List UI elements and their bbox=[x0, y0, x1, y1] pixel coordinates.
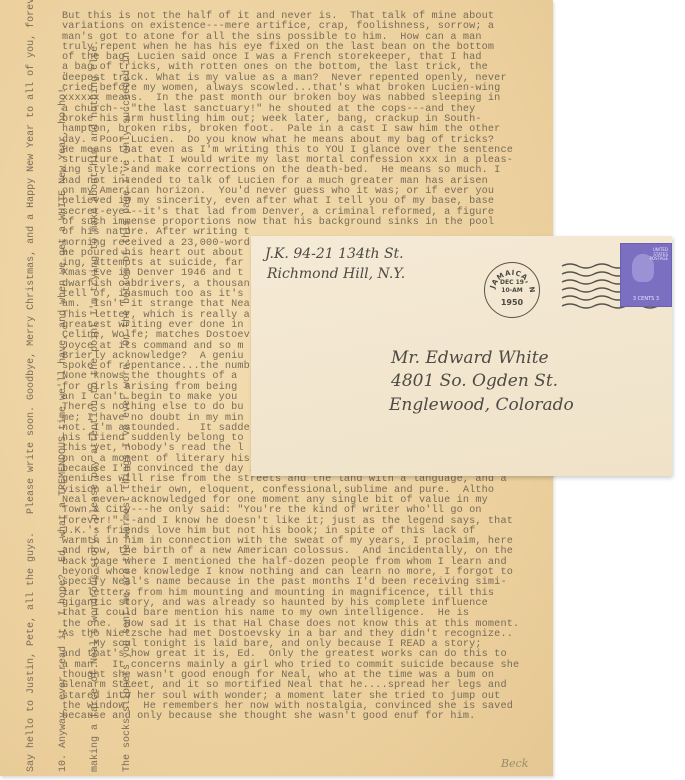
letter-line: Town & City---he only said: "You're the … bbox=[62, 506, 548, 516]
return-address-line-1: J.K. 94-21 134th St. bbox=[265, 246, 404, 262]
postmark-year: 1950 bbox=[485, 298, 539, 307]
stamp-value-text: 3 CENTS 3 bbox=[625, 297, 667, 302]
postmark-time: 10-AM bbox=[485, 287, 539, 294]
postage-stamp: UNITED STATES POSTAGE 3 CENTS 3 bbox=[620, 243, 672, 307]
letter-line: that I could bare mention his name to my… bbox=[62, 609, 548, 619]
recipient-city: Englewood, Colorado bbox=[389, 395, 574, 415]
postmark-date: DEC 19 bbox=[485, 279, 539, 286]
stamp-header-text: UNITED STATES POSTAGE bbox=[649, 248, 668, 262]
recipient-name: Mr. Edward White bbox=[391, 348, 549, 368]
postmark-icon: JAMAICA, N.Y. DEC 19 10-AM 1950 bbox=[484, 262, 540, 318]
recipient-street: 4801 So. Ogden St. bbox=[391, 371, 558, 391]
pencil-scrawl: Beck bbox=[501, 757, 528, 770]
margin-note-line: Say hello to Justin, Pete, all the guys.… bbox=[27, 12, 38, 772]
letter-line: because and only because she thought she… bbox=[62, 712, 548, 722]
return-address-line-2: Richmond Hill, N.Y. bbox=[267, 266, 405, 282]
